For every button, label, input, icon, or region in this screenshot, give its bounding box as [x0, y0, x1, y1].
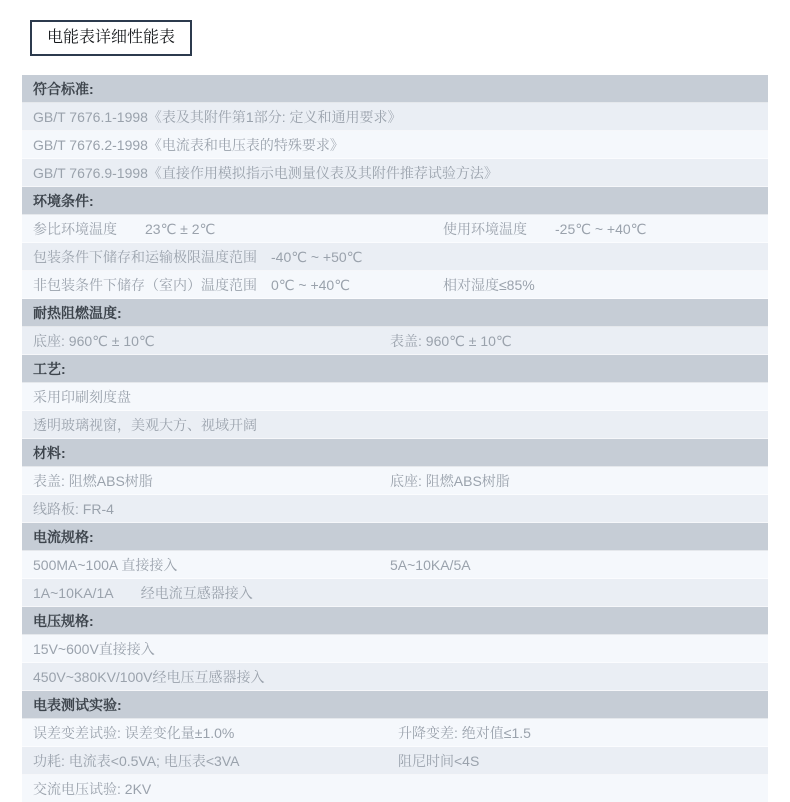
row-text: GB/T 7676.1-1998《表及其附件第1部分: 定义和通用要求》	[33, 109, 402, 125]
row-text: 误差变差试验: 误差变化量±1.0%	[33, 725, 234, 741]
spec-row-voltage-direct: 15V~600V直接接入	[22, 635, 768, 663]
row-text-col2: 阻尼时间<4S	[398, 747, 479, 775]
row-text: 线路板: FR-4	[33, 501, 114, 517]
row-text: 1A~10KA/1A 经电流互感器接入	[33, 585, 253, 601]
row-text-col2: 5A~10KA/5A	[390, 551, 471, 579]
spec-table: 符合标准: GB/T 7676.1-1998《表及其附件第1部分: 定义和通用要…	[22, 75, 768, 802]
section-header-craft: 工艺:	[22, 355, 768, 383]
section-header-test: 电表测试实验:	[22, 691, 768, 719]
section-header-standards: 符合标准:	[22, 75, 768, 103]
row-text: 功耗: 电流表<0.5VA; 电压表<3VA	[33, 753, 239, 769]
spec-row-printed-dial: 采用印刷刻度盘	[22, 383, 768, 411]
section-header-label: 耐热阻燃温度:	[33, 305, 122, 321]
row-text: 非包装条件下储存（室内）温度范围 0℃ ~ +40℃	[33, 277, 350, 293]
row-text: 15V~600V直接接入	[33, 641, 155, 657]
page-title: 电能表详细性能表	[30, 20, 192, 56]
row-text: 表盖: 阻燃ABS树脂	[33, 473, 153, 489]
spec-row-storage-packed: 包装条件下储存和运输极限温度范围 -40℃ ~ +50℃	[22, 243, 768, 271]
row-text: 底座: 960℃ ± 10℃	[33, 333, 155, 349]
spec-row-storage-unpacked: 非包装条件下储存（室内）温度范围 0℃ ~ +40℃相对湿度≤85%	[22, 271, 768, 299]
spec-row-circuit-board: 线路板: FR-4	[22, 495, 768, 523]
section-header-label: 电流规格:	[33, 529, 94, 545]
spec-row-heat-temp: 底座: 960℃ ± 10℃表盖: 960℃ ± 10℃	[22, 327, 768, 355]
spec-row-power-consumption: 功耗: 电流表<0.5VA; 电压表<3VA阻尼时间<4S	[22, 747, 768, 775]
spec-row-error-variation: 误差变差试验: 误差变化量±1.0%升降变差: 绝对值≤1.5	[22, 719, 768, 747]
row-text: GB/T 7676.9-1998《直接作用模拟指示电测量仪表及其附件推荐试验方法…	[33, 165, 498, 181]
section-header-heat-resistance: 耐热阻燃温度:	[22, 299, 768, 327]
section-header-voltage-spec: 电压规格:	[22, 607, 768, 635]
spec-row-standard-2: GB/T 7676.2-1998《电流表和电压表的特殊要求》	[22, 131, 768, 159]
row-text: 500MA~100A 直接接入	[33, 557, 177, 573]
spec-row-glass-window: 透明玻璃视窗，美观大方、视域开阔	[22, 411, 768, 439]
spec-row-abs-material: 表盖: 阻燃ABS树脂底座: 阻燃ABS树脂	[22, 467, 768, 495]
row-text: 450V~380KV/100V经电压互感器接入	[33, 669, 265, 685]
row-text-col2: 使用环境温度 -25℃ ~ +40℃	[443, 215, 646, 243]
section-header-current-spec: 电流规格:	[22, 523, 768, 551]
spec-row-voltage-pt: 450V~380KV/100V经电压互感器接入	[22, 663, 768, 691]
row-text-col2: 升降变差: 绝对值≤1.5	[398, 719, 531, 747]
spec-row-reference-temp: 参比环境温度 23℃ ± 2℃使用环境温度 -25℃ ~ +40℃	[22, 215, 768, 243]
page: 电能表详细性能表 符合标准: GB/T 7676.1-1998《表及其附件第1部…	[0, 0, 790, 802]
section-header-label: 符合标准:	[33, 81, 94, 97]
section-header-label: 材料:	[33, 445, 66, 461]
section-header-label: 环境条件:	[33, 193, 94, 209]
row-text-col2: 底座: 阻燃ABS树脂	[390, 467, 510, 495]
section-header-label: 电表测试实验:	[33, 697, 122, 713]
spec-row-current-ct: 1A~10KA/1A 经电流互感器接入	[22, 579, 768, 607]
spec-row-standard-3: GB/T 7676.9-1998《直接作用模拟指示电测量仪表及其附件推荐试验方法…	[22, 159, 768, 187]
section-header-environment: 环境条件:	[22, 187, 768, 215]
row-text: 透明玻璃视窗，美观大方、视域开阔	[33, 417, 257, 433]
row-text: 参比环境温度 23℃ ± 2℃	[33, 221, 215, 237]
spec-row-standard-1: GB/T 7676.1-1998《表及其附件第1部分: 定义和通用要求》	[22, 103, 768, 131]
row-text: 交流电压试验: 2KV	[33, 781, 151, 797]
row-text-col2: 表盖: 960℃ ± 10℃	[390, 327, 512, 355]
spec-row-ac-voltage-test: 交流电压试验: 2KV	[22, 775, 768, 802]
section-header-materials: 材料:	[22, 439, 768, 467]
row-text-col2: 相对湿度≤85%	[443, 271, 535, 299]
row-text: 包装条件下储存和运输极限温度范围 -40℃ ~ +50℃	[33, 249, 362, 265]
spec-row-current-direct: 500MA~100A 直接接入5A~10KA/5A	[22, 551, 768, 579]
row-text: GB/T 7676.2-1998《电流表和电压表的特殊要求》	[33, 137, 344, 153]
row-text: 采用印刷刻度盘	[33, 389, 131, 405]
section-header-label: 电压规格:	[33, 613, 94, 629]
section-header-label: 工艺:	[33, 361, 66, 377]
